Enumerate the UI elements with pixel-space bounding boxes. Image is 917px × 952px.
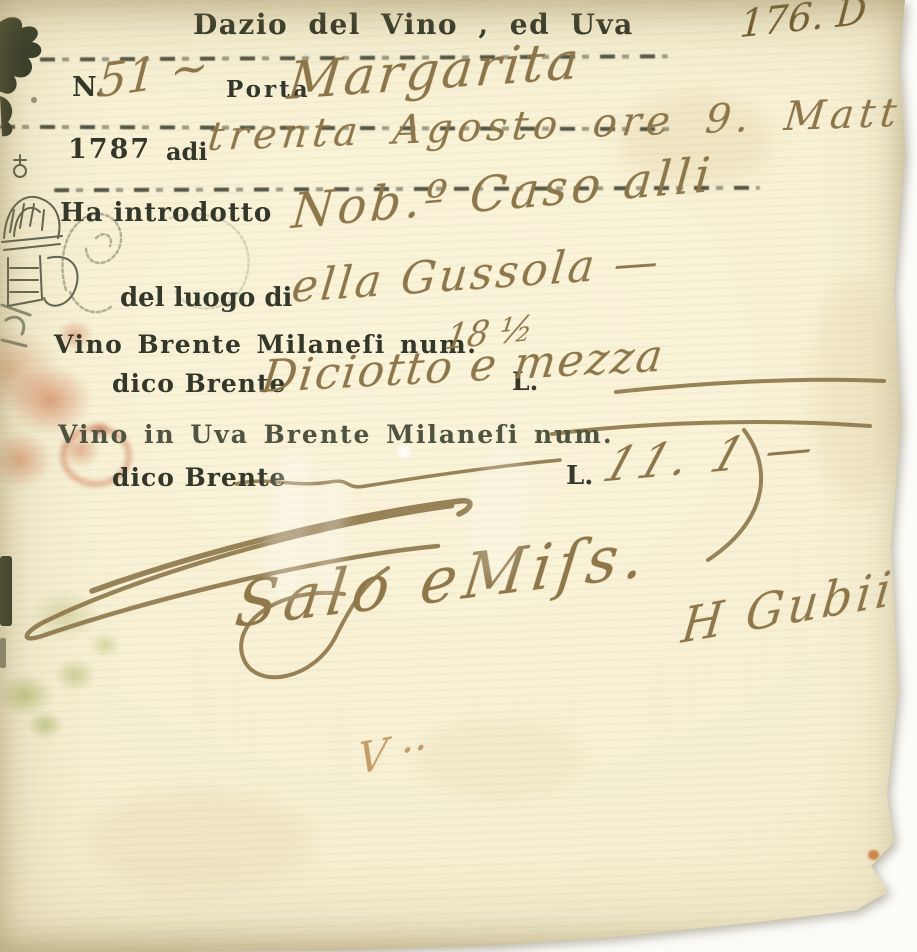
receipt-document: Dazio del Vino , ed Uva N. Porta 1787 ad… [0, 0, 917, 952]
paper-stain [90, 790, 310, 890]
paper-stain [420, 720, 580, 800]
paper-stain [810, 280, 900, 500]
scan-speck [398, 446, 410, 458]
dico-brente-label-2: dico Brente [112, 463, 286, 492]
introdotto-label: Ha introdotto [60, 198, 272, 228]
adi-label: adi [166, 137, 207, 166]
luogo-label: del luogo di [120, 283, 292, 313]
uva-row-label: Vino in Uva Brente Milaneſi num. [58, 420, 614, 449]
rust-speck [868, 850, 879, 860]
paper-edge: Dazio del Vino , ed Uva N. Porta 1787 ad… [0, 0, 917, 952]
lire-label-2: L. [566, 461, 593, 491]
year-printed: 1787 [68, 134, 151, 165]
scanned-receipt-screenshot: Dazio del Vino , ed Uva N. Porta 1787 ad… [0, 0, 917, 952]
